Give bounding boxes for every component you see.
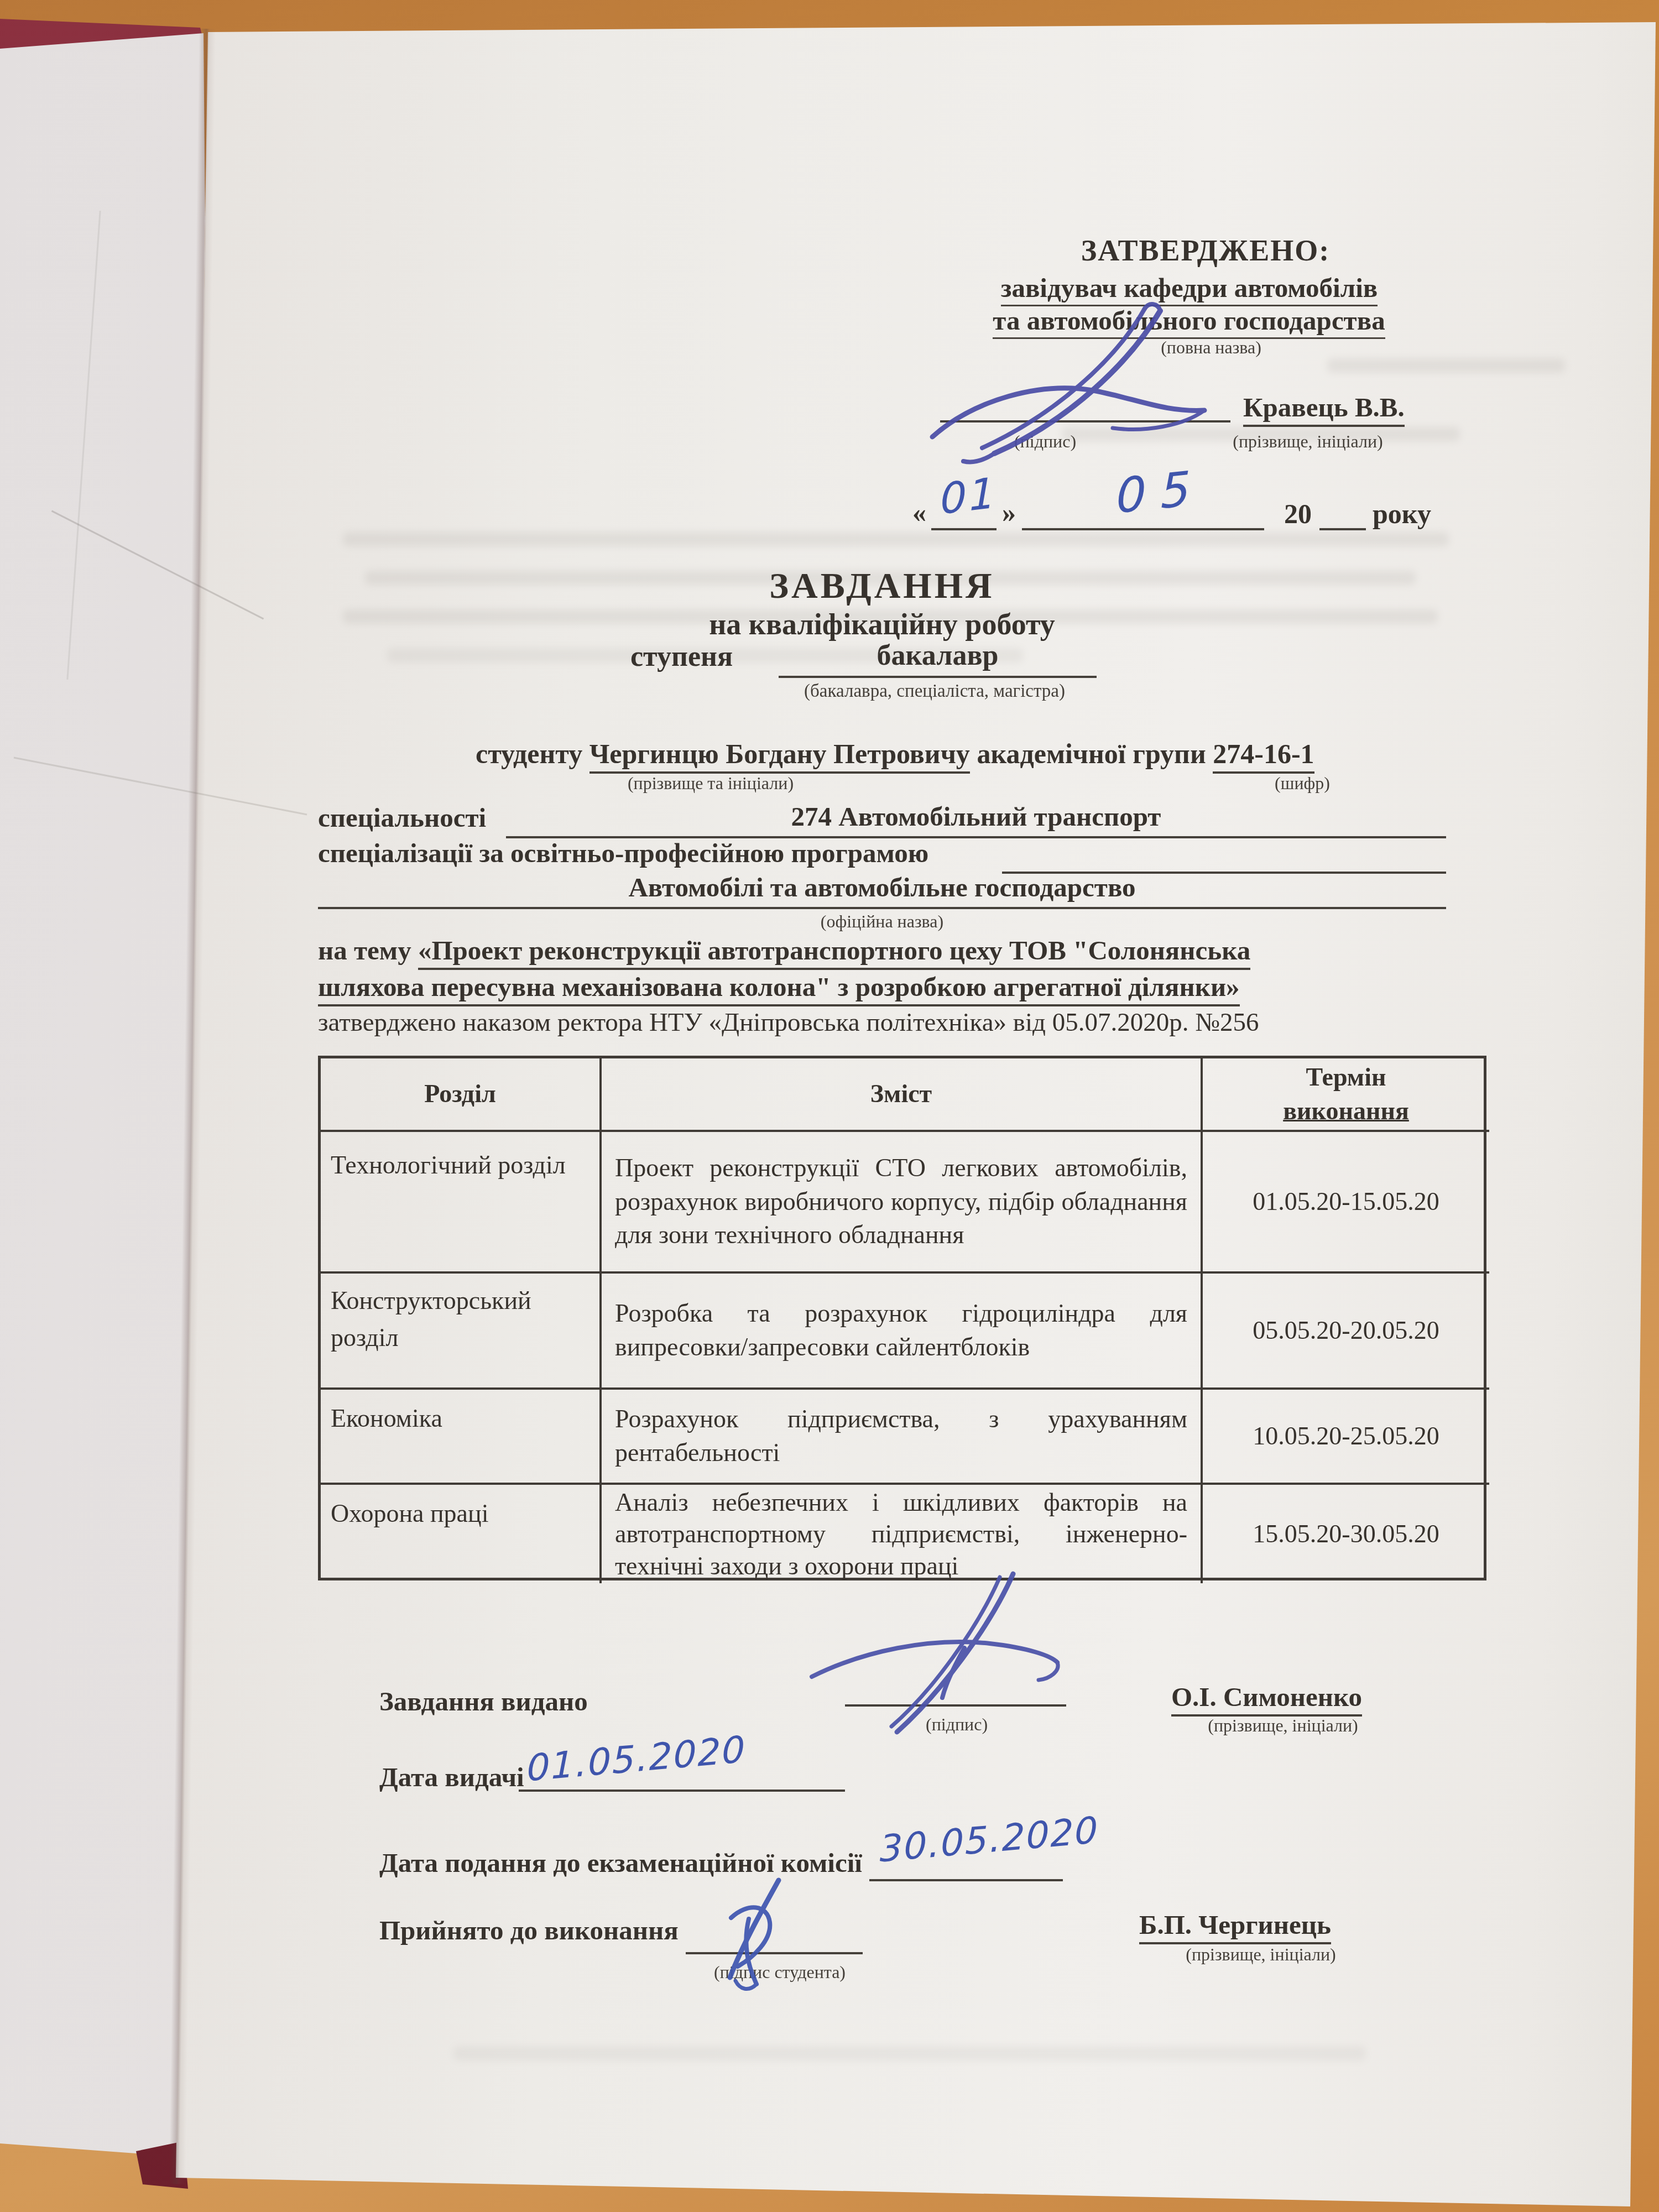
photo-of-open-book: ЗАТВЕРДЖЕНО: завідувач кафедри автомобіл… <box>0 0 1659 2212</box>
student-signature <box>0 0 1659 2212</box>
